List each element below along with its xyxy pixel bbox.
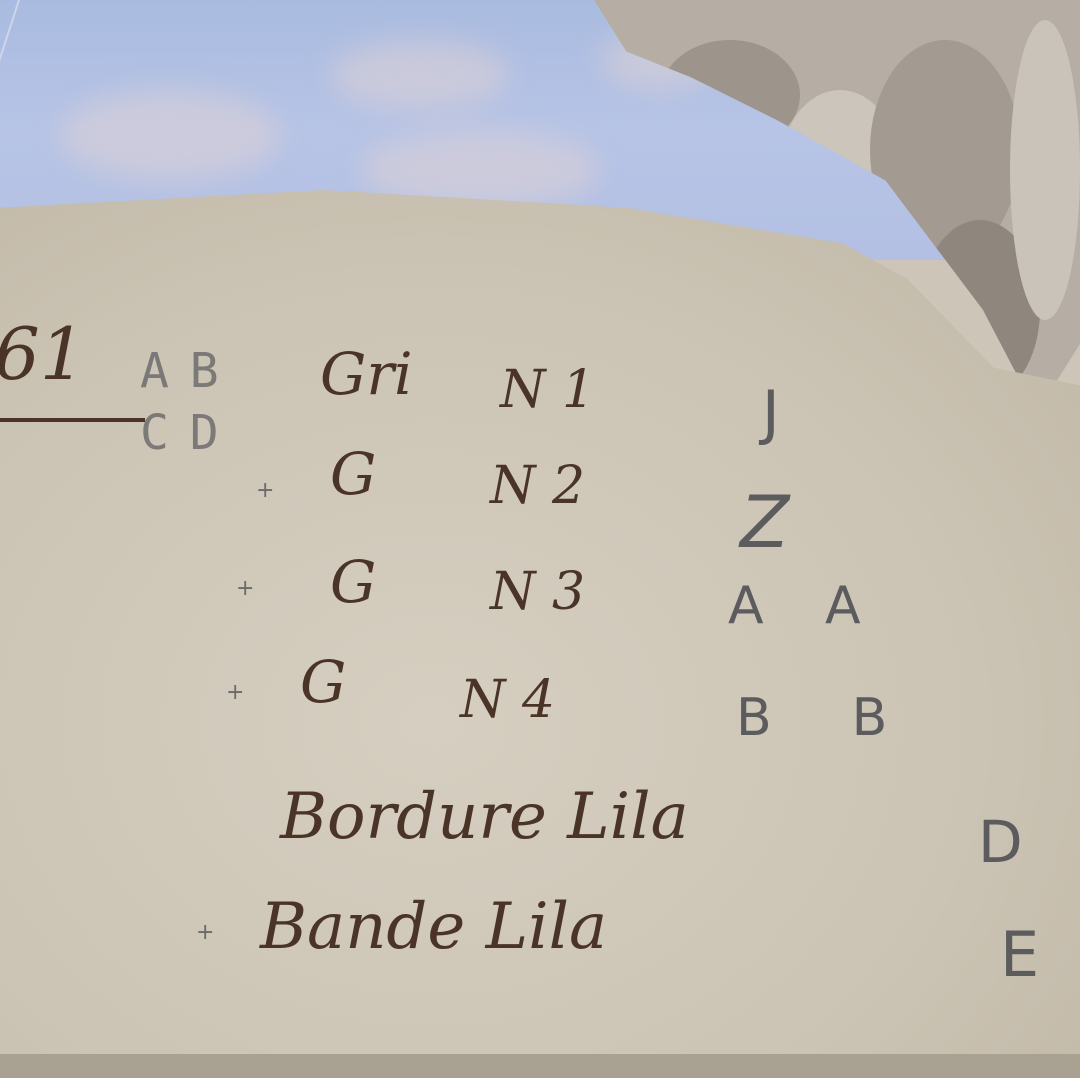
pencil-code: D [978, 808, 1023, 876]
entry-label: G [330, 440, 376, 508]
pencil-scrawl-column: A B C D [140, 340, 240, 960]
entry-label: Bande Lila [260, 890, 607, 964]
entry-number: N 4 [460, 670, 555, 730]
entry-number: N 1 [500, 360, 595, 420]
pencil-cross: + [256, 478, 274, 503]
pencil-code: AA [728, 576, 921, 636]
number-fragment: 61 [0, 312, 86, 396]
entry-number: N 2 [490, 456, 585, 516]
pencil-code: E [1000, 918, 1039, 991]
pencil-cross: + [196, 920, 214, 945]
pencil-code: Z [740, 480, 789, 564]
entry-label: Gri [320, 340, 413, 408]
pencil-code: J [762, 378, 780, 448]
entry-number: N 3 [490, 562, 585, 622]
entry-label: Bordure Lila [280, 780, 689, 854]
document-photo: 61 A B C D + + + + Gri N 1 J G N 2 Z G N… [0, 0, 1080, 1078]
paper-bottom-edge [0, 1054, 1080, 1078]
entry-label: G [300, 648, 346, 716]
paper-seam [0, 0, 20, 133]
pencil-cross: + [226, 680, 244, 705]
underline-rule [0, 418, 145, 422]
pencil-cross: + [236, 576, 254, 601]
pencil-code: BB [736, 688, 967, 748]
entry-label: G [330, 548, 376, 616]
